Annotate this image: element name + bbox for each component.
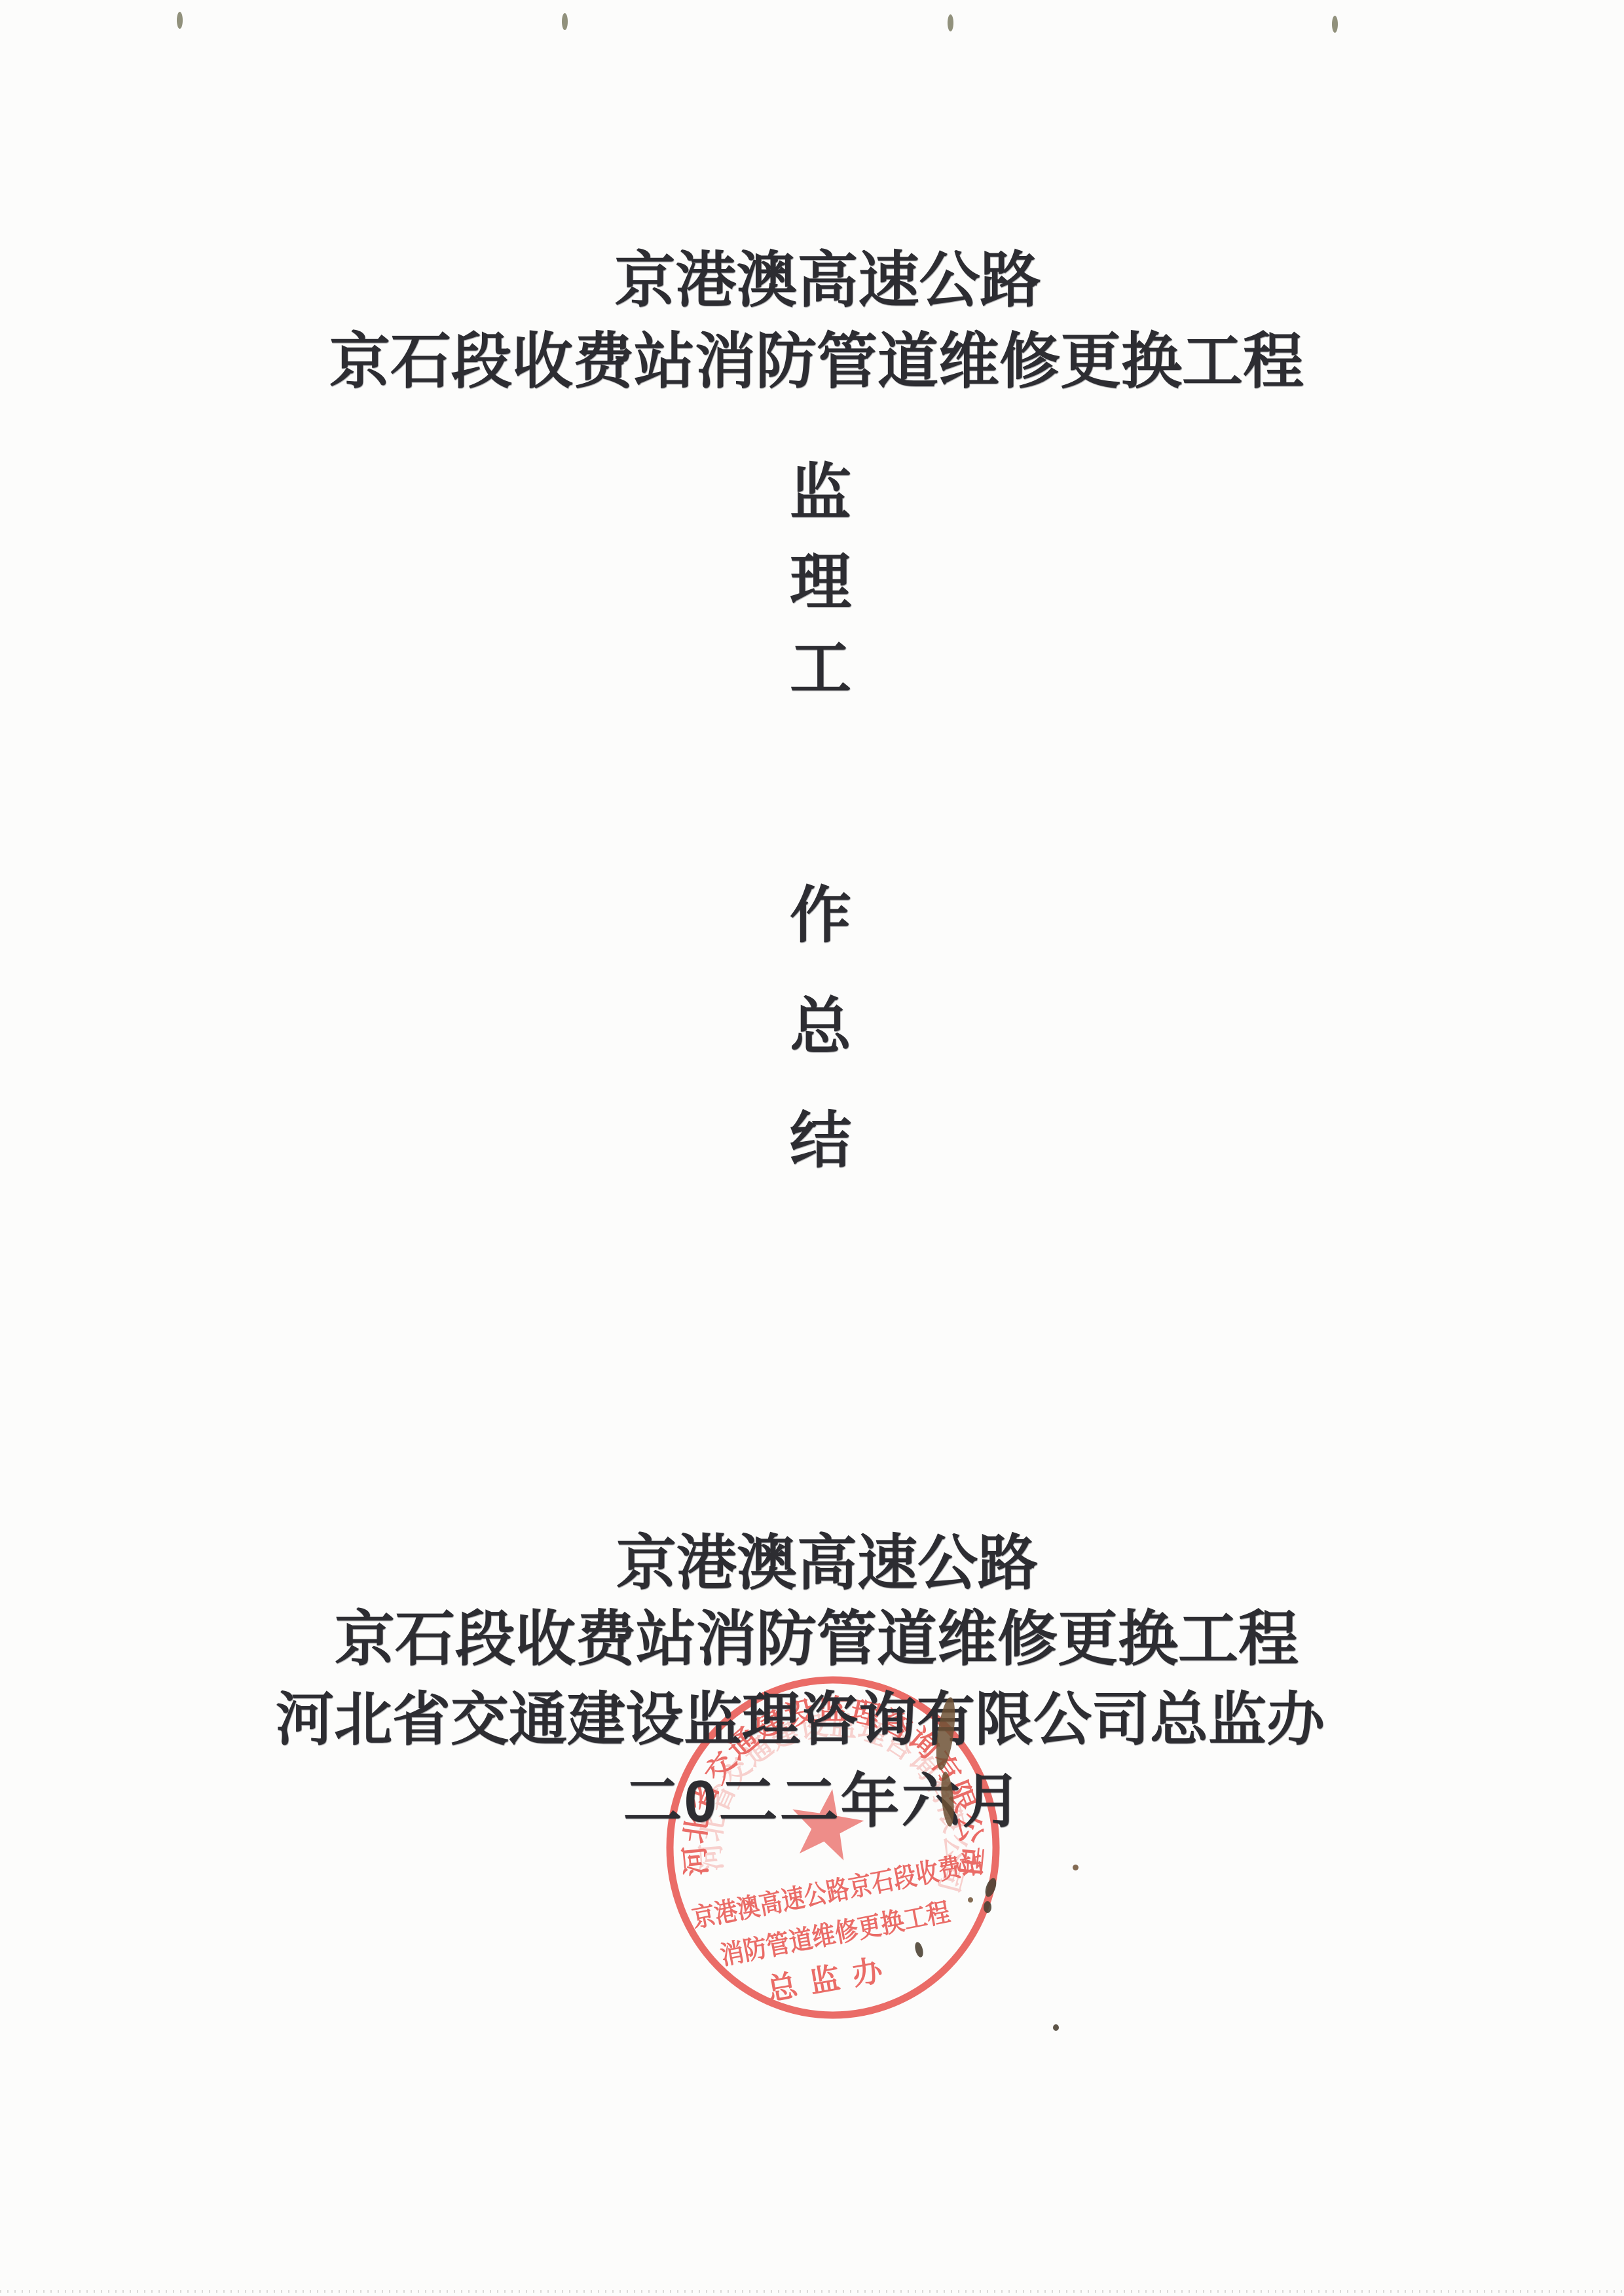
stamp-inner-line-3: 总监办 <box>764 1951 898 2007</box>
document-page: 京港澳高速公路 京石段收费站消防管道维修更换工程 监 理 工 作 总 结 河北省… <box>0 0 1624 2296</box>
scan-noise-strip <box>0 2290 1624 2293</box>
footer-line-3: 河北省交通建设监理咨询有限公司总监办 <box>276 1690 1325 1749</box>
vertical-title-char-1: 监 <box>790 462 851 524</box>
scan-speck <box>177 12 183 29</box>
vertical-title-char-2: 理 <box>790 552 851 613</box>
scan-speck <box>1073 1865 1079 1870</box>
scan-speck <box>1053 2024 1059 2031</box>
footer-line-1: 京港澳高速公路 <box>616 1533 1038 1594</box>
scan-speck <box>984 1901 991 1913</box>
footer-line-2: 京石段收费站消防管道维修更换工程 <box>335 1609 1299 1669</box>
scan-speck <box>1332 16 1338 33</box>
header-line-1: 京港澳高速公路 <box>615 250 1041 311</box>
vertical-title-char-6: 结 <box>790 1110 851 1172</box>
scan-speck <box>562 13 568 30</box>
vertical-title-char-4: 作 <box>790 885 851 947</box>
footer-date-line: 二0二二年六月 <box>623 1772 1023 1831</box>
vertical-title-char-3: 工 <box>790 638 851 700</box>
scan-speck <box>968 1897 973 1903</box>
header-line-2: 京石段收费站消防管道维修更换工程 <box>329 331 1304 392</box>
vertical-title-char-5: 总 <box>790 996 851 1058</box>
scan-speck <box>948 14 953 31</box>
